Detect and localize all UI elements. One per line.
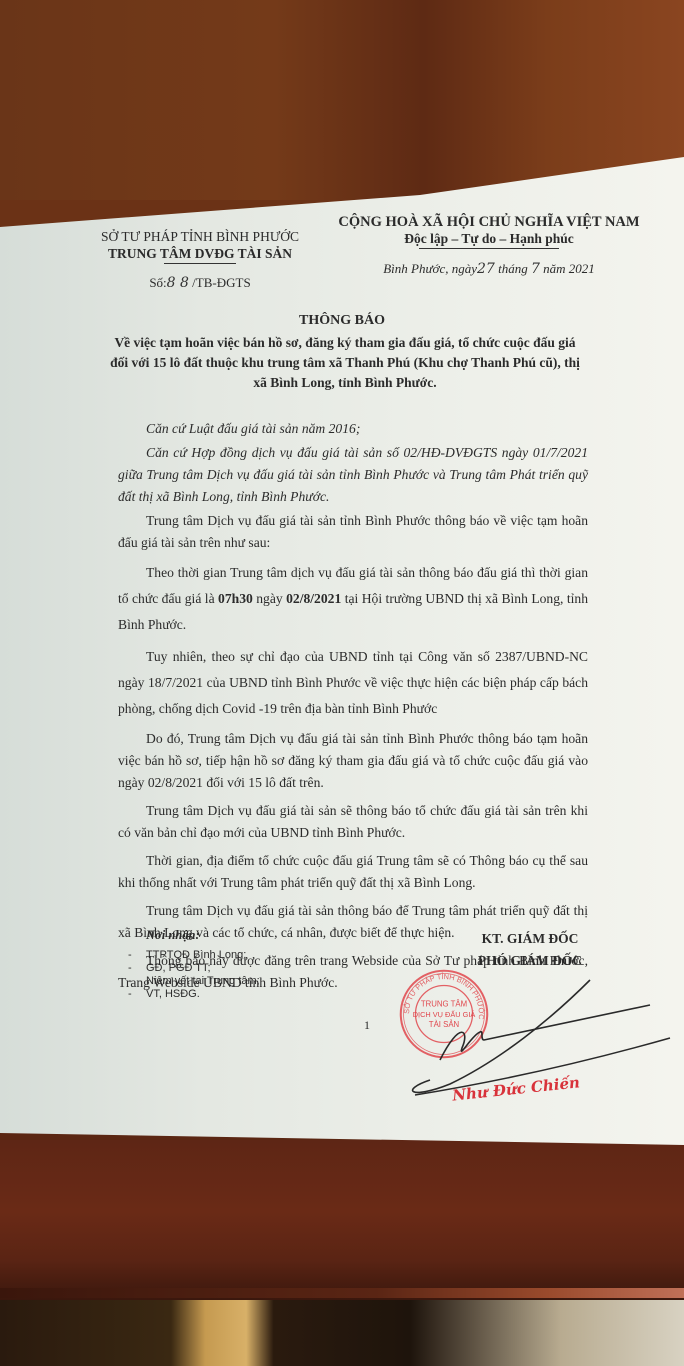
document-subject: Về việc tạm hoãn việc bán hồ sơ, đăng ký… — [110, 333, 580, 393]
signature-title-1: KT. GIÁM ĐỐC — [420, 928, 640, 950]
recipients-block: Nơi nhận: TTPTQĐ Bình Long; GĐ, PGĐ TT; … — [118, 928, 260, 1001]
header-left: SỞ TƯ PHÁP TỈNH BÌNH PHƯỚC TRUNG TÂM DVĐ… — [80, 228, 320, 292]
header-right: CỘNG HOÀ XÃ HỘI CHỦ NGHĨA VIỆT NAM Độc l… — [334, 214, 644, 277]
unit-underline — [164, 263, 236, 264]
national-motto: Độc lập – Tự do – Hạnh phúc — [334, 231, 644, 247]
agency-name: SỞ TƯ PHÁP TỈNH BÌNH PHƯỚC — [80, 228, 320, 245]
page-number: 1 — [364, 1018, 370, 1033]
schedule-paragraph: Theo thời gian Trung tâm dịch vụ đấu giá… — [118, 560, 588, 638]
recipients-list: TTPTQĐ Bình Long; GĐ, PGĐ TT; Niêm yết t… — [118, 949, 260, 1001]
recipients-heading: Nơi nhận: — [146, 928, 260, 943]
recipient-item: TTPTQĐ Bình Long; — [118, 949, 260, 962]
recipient-item: GĐ, PGĐ TT; — [118, 962, 260, 975]
issue-date: Bình Phước, ngày27 tháng 7 năm 2021 — [334, 261, 644, 277]
unit-name: TRUNG TÂM DVĐG TÀI SẢN — [80, 245, 320, 262]
number-handwritten: 8 8 — [167, 275, 189, 291]
recipient-item: Niêm yết tại Trung tâm; — [118, 975, 260, 988]
intro-paragraph: Trung tâm Dịch vụ đấu giá tài sản tỉnh B… — [118, 510, 588, 554]
document-number: Số:8 8 /TB-ĐGTS — [80, 274, 320, 292]
document-content: SỞ TƯ PHÁP TỈNH BÌNH PHƯỚC TRUNG TÂM DVĐ… — [0, 0, 684, 1366]
recipient-item: VT, HSĐG. — [118, 988, 260, 1001]
date-year: năm 2021 — [543, 261, 595, 276]
body-paragraph: Trung tâm Dịch vụ đấu giá tài sản sẽ thô… — [118, 800, 588, 844]
schedule-date: 02/8/2021 — [286, 591, 341, 606]
body-paragraph: Thời gian, địa điểm tổ chức cuộc đấu giá… — [118, 850, 588, 894]
number-suffix: /TB-ĐGTS — [192, 275, 251, 290]
body-paragraph: Do đó, Trung tâm Dịch vụ đấu giá tài sản… — [118, 728, 588, 794]
basis-paragraph: Căn cứ Hợp đồng dịch vụ đấu giá tài sản … — [118, 442, 588, 508]
date-month-label: tháng — [498, 261, 528, 276]
schedule-text: ngày — [253, 591, 286, 606]
basis-paragraph: Căn cứ Luật đấu giá tài sản năm 2016; — [118, 418, 588, 440]
nation-title: CỘNG HOÀ XÃ HỘI CHỦ NGHĨA VIỆT NAM — [334, 214, 644, 231]
date-month: 7 — [531, 261, 540, 277]
document-title: THÔNG BÁO — [0, 313, 684, 329]
document-body: Căn cứ Luật đấu giá tài sản năm 2016; Că… — [118, 418, 588, 1000]
motto-underline — [419, 248, 559, 249]
number-prefix: Số: — [149, 275, 166, 290]
schedule-time: 07h30 — [218, 591, 253, 606]
date-day: 27 — [477, 261, 495, 277]
body-paragraph: Tuy nhiên, theo sự chỉ đạo của UBND tỉnh… — [118, 644, 588, 722]
date-prefix: Bình Phước, ngày — [383, 261, 477, 276]
